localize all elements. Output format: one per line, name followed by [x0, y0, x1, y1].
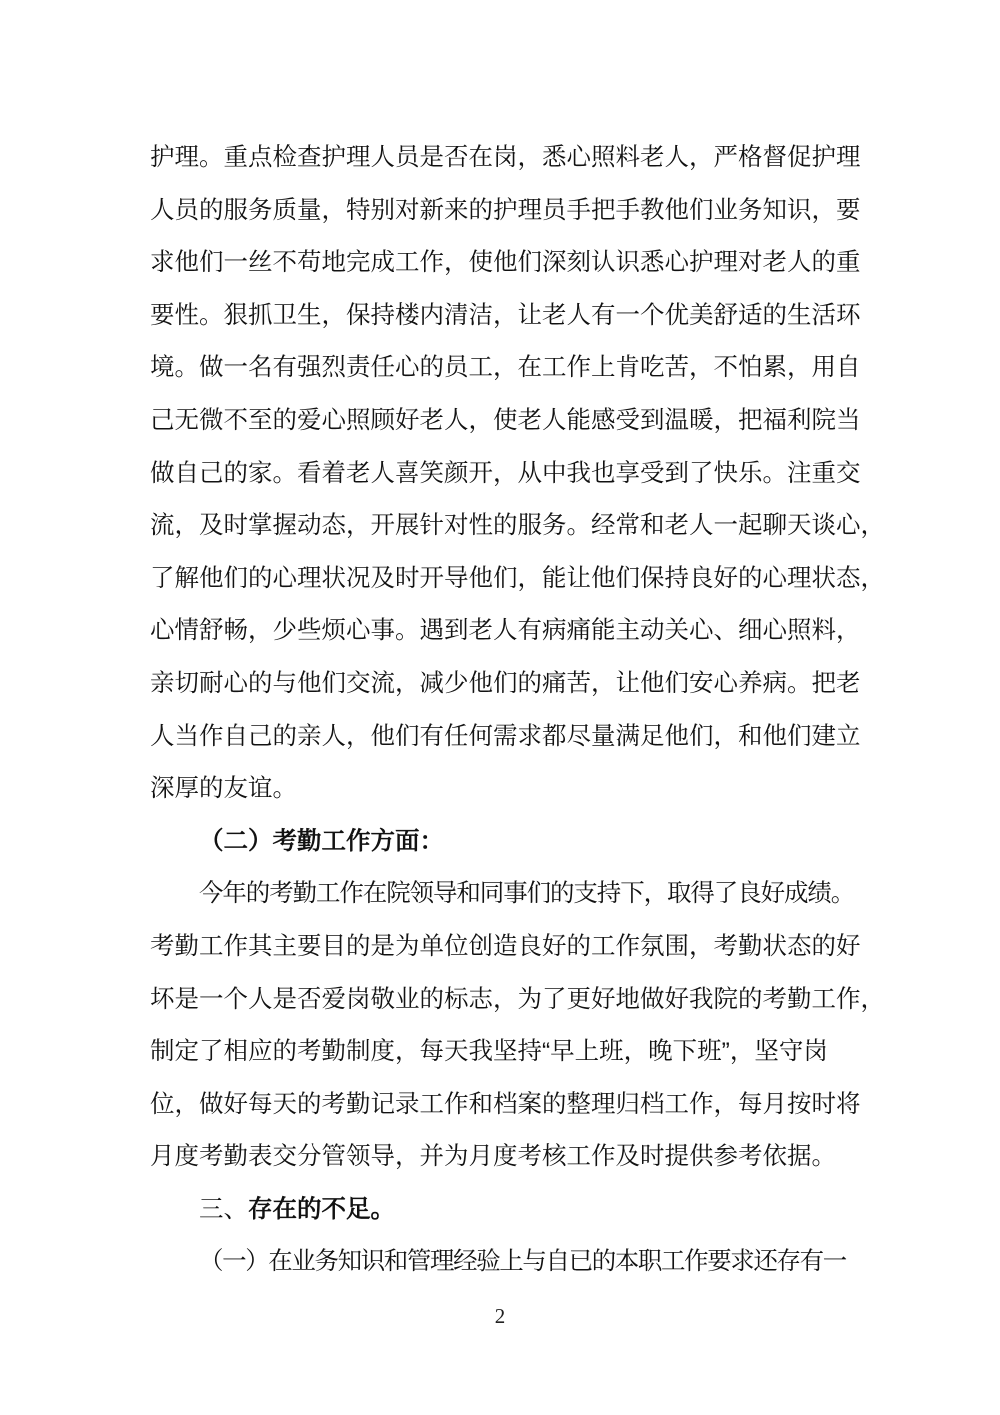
- document-page: 护理。重点检查护理人员是否在岗，悉心照料老人，严格督促护理人员的服务质量，特别对…: [0, 0, 1000, 1415]
- text-line: （一）在业务知识和管理经验上与自已的本职工作要求还存有一: [150, 1236, 862, 1289]
- text-line: 三、存在的不足。: [150, 1184, 862, 1237]
- text-line: 己无微不至的爱心照顾好老人，使老人能感受到温暖，把福利院当: [150, 395, 862, 448]
- text-line: 人员的服务质量，特别对新来的护理员手把手教他们业务知识，要: [150, 185, 862, 238]
- text-line: 求他们一丝不苟地完成工作，使他们深刻认识悉心护理对老人的重: [150, 237, 862, 290]
- text-line: 深厚的友谊。: [150, 763, 862, 816]
- text-line: 了解他们的心理状况及时开导他们，能让他们保持良好的心理状态，: [150, 553, 862, 606]
- text-line: 位，做好每天的考勤记录工作和档案的整理归档工作，每月按时将: [150, 1079, 862, 1132]
- text-line: 流，及时掌握动态，开展针对性的服务。经常和老人一起聊天谈心，: [150, 500, 862, 553]
- text-line: 境。做一名有强烈责任心的员工，在工作上肯吃苦，不怕累，用自: [150, 342, 862, 395]
- text-line: 今年的考勤工作在院领导和同事们的支持下，取得了良好成绩。: [150, 868, 862, 921]
- text-line: 坏是一个人是否爱岗敬业的标志，为了更好地做好我院的考勤工作，: [150, 974, 862, 1027]
- text-line: 亲切耐心的与他们交流，减少他们的痛苦，让他们安心养病。把老: [150, 658, 862, 711]
- text-line: （二）考勤工作方面：: [150, 816, 862, 869]
- text-block: 护理。重点检查护理人员是否在岗，悉心照料老人，严格督促护理人员的服务质量，特别对…: [150, 132, 862, 1289]
- text-line: 做自己的家。看着老人喜笑颜开，从中我也享受到了快乐。注重交: [150, 448, 862, 501]
- text-line: 要性。狠抓卫生，保持楼内清洁，让老人有一个优美舒适的生活环: [150, 290, 862, 343]
- text-line: 人当作自己的亲人，他们有任何需求都尽量满足他们，和他们建立: [150, 711, 862, 764]
- page-number: 2: [0, 1304, 1000, 1329]
- text-line: 月度考勤表交分管领导，并为月度考核工作及时提供参考依据。: [150, 1131, 862, 1184]
- heading-numeral: 三、: [199, 1196, 248, 1223]
- text-line: 制定了相应的考勤制度，每天我坚持“早上班，晚下班”，坚守岗: [150, 1026, 862, 1079]
- text-line: 考勤工作其主要目的是为单位创造良好的工作氛围，考勤状态的好: [150, 921, 862, 974]
- text-line: 心情舒畅，少些烦心事。遇到老人有病痛能主动关心、细心照料，: [150, 605, 862, 658]
- heading-text: 存在的不足。: [248, 1196, 395, 1223]
- text-line: 护理。重点检查护理人员是否在岗，悉心照料老人，严格督促护理: [150, 132, 862, 185]
